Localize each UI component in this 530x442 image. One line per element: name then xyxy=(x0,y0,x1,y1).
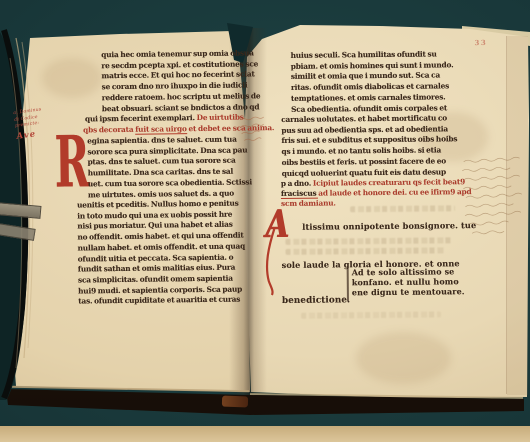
show-through-text xyxy=(285,247,445,255)
laudes-rubric-line-3: scm damianu. xyxy=(281,198,336,209)
canticle-inset-block: Ad te solo altissimo sekonfano. et nullu… xyxy=(352,267,465,297)
folio-number: 33 xyxy=(474,38,487,47)
right-page-text: 33 huius seculi. Sca humilitas ofundit s… xyxy=(0,0,530,442)
text-line: ene dignu te mentouare. xyxy=(352,287,465,298)
manuscript-photo: a. Dominus di Codice premicte: Ave quia … xyxy=(0,0,530,442)
canticle-line-1: ltissimu onnipotente bonsignore. tue xyxy=(302,220,476,232)
rubric-black: p a dno. xyxy=(281,179,313,188)
canticle-line-3: benedictione. xyxy=(282,295,350,306)
right-text-block-1: huius seculi. Sca humilitas ofundit supb… xyxy=(291,49,454,115)
show-through-text xyxy=(350,205,455,212)
rubric-red: ad laude et honore dei. cu ee ifirm9 apd xyxy=(318,187,471,197)
right-text-block-2: carnales uolutates. et habet mortificatu… xyxy=(281,113,458,179)
outer-margin-gloss xyxy=(459,153,528,243)
rubric-red: Icipiut laudes creaturaru qs fecit beat9 xyxy=(313,177,465,187)
show-through-text xyxy=(285,237,453,245)
rubric-black-underlined: fraciscus xyxy=(281,189,318,199)
show-through-text xyxy=(301,311,441,318)
